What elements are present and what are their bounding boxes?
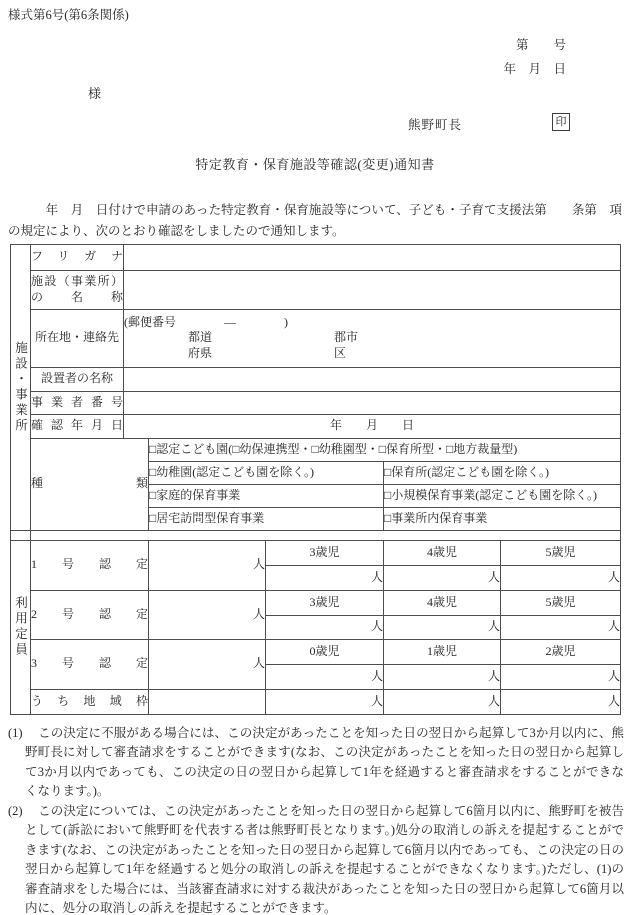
address-value-cell: (郵便番号 ― ) 都道郡市 府県区 (124, 309, 621, 367)
type-label: 種類 (31, 438, 149, 530)
note-1-number: (1) (8, 724, 38, 744)
facility-section-cell: 施設・事業所 (11, 244, 31, 530)
regional-quota-empty-cell (149, 689, 266, 714)
note-2: (2)この決定については、この決定があったことを知った日の翌日から起算して6箇月… (8, 802, 624, 915)
capacity-row3-unit3: 人 (501, 664, 621, 689)
capacity-row3-unit1: 人 (266, 664, 384, 689)
issuer-line: 熊野町長 印 (0, 113, 630, 133)
seal-mark: 印 (552, 113, 570, 131)
type-option-kodomoen: □認定こども園(□幼保連携型・□幼稚園型・□保育所型・□地方裁量型) (149, 438, 621, 461)
note-1: (1)この決定に不服がある場合には、この決定があったことを知った日の翌日から起算… (8, 724, 624, 802)
confirmation-date-value: 年 月 日 (124, 414, 621, 438)
issuer-name: 熊野町長 (408, 115, 462, 133)
address-line-1: 都道郡市 (124, 330, 620, 346)
capacity-row1-unit3: 人 (501, 565, 621, 590)
capacity-section-label: 利用定員 (12, 596, 30, 658)
issue-date-line: 年 月 日 (0, 62, 630, 77)
capacity-row2-unit1: 人 (266, 615, 384, 639)
capacity-row1-age3: 5歳児 (501, 540, 621, 565)
type-option-youchien: □幼稚園(認定こども園を除く。) (149, 461, 384, 484)
facility-section-label: 施設・事業所 (12, 341, 30, 434)
type-option-kateiteki: □家庭的保育事業 (149, 484, 384, 507)
capacity-row1-age2: 4歳児 (384, 540, 501, 565)
capacity-row2-unit3: 人 (501, 615, 621, 639)
business-number-label: 事業者番号 (31, 391, 124, 414)
regional-quota-unit3: 人 (501, 689, 621, 714)
addr-fuken: 府県 (188, 346, 212, 360)
capacity-row2-unit2: 人 (384, 615, 501, 639)
founder-name-value-cell (124, 367, 621, 391)
capacity-row2-age3: 5歳児 (501, 590, 621, 615)
section-spacer-left (11, 530, 31, 540)
capacity-row1-unit2: 人 (384, 565, 501, 590)
capacity-row2-total-unit: 人 (149, 590, 266, 639)
capacity-row2-age2: 4歳児 (384, 590, 501, 615)
note-1-text: この決定に不服がある場合には、この決定があったことを知った日の翌日から起算して3… (25, 726, 624, 799)
type-option-shokibo: □小規模保育事業(認定こども園を除く。) (384, 484, 621, 507)
document-title: 特定教育・保育施設等確認(変更)通知書 (0, 154, 630, 173)
capacity-row1-label: 1号認定 (31, 540, 149, 590)
document-page: 様式第6号(第6条関係) 第 号 年 月 日 様 熊野町長 印 特定教育・保育施… (0, 0, 630, 915)
recipient-honorific: 様 (88, 86, 101, 101)
business-number-value-cell (124, 391, 621, 414)
regional-quota-unit1: 人 (266, 689, 384, 714)
type-option-kyotaku: □居宅訪問型保育事業 (149, 507, 384, 530)
capacity-row1-unit1: 人 (266, 565, 384, 590)
capacity-row2-label: 2号認定 (31, 590, 149, 639)
section-spacer-right (31, 530, 621, 540)
addr-gunshi: 郡市 (334, 330, 358, 344)
capacity-row3-age2: 1歳児 (384, 639, 501, 664)
capacity-row3-total-unit: 人 (149, 639, 266, 689)
capacity-row3-label: 3号認定 (31, 639, 149, 689)
addr-ku: 区 (334, 346, 346, 360)
regional-quota-unit2: 人 (384, 689, 501, 714)
capacity-row3-age3: 2歳児 (501, 639, 621, 664)
founder-name-label: 設置者の名称 (31, 367, 124, 391)
furigana-value-cell (124, 244, 621, 270)
facility-name-label-line2: の名称 (31, 290, 123, 306)
form-number: 様式第6号(第6条関係) (0, 0, 630, 23)
note-2-text: この決定については、この決定があったことを知った日の翌日から起算して6箇月以内に… (25, 804, 624, 915)
regional-quota-label: うち地域枠 (31, 689, 149, 714)
body-paragraph: 年 月 日付けで申請のあった特定教育・保育施設等について、子ども・子育て支援法第… (8, 200, 622, 242)
type-option-jigyoshonai: □事業所内保育事業 (384, 507, 621, 530)
facility-name-value-cell (124, 270, 621, 309)
document-number-line: 第 号 (0, 38, 630, 53)
address-label: 所在地・連絡先 (31, 309, 124, 367)
note-2-number: (2) (8, 802, 38, 822)
form-table: 施設・事業所 フリガナ 施設（事業所） の名称 所在地・連絡先 (郵便番号 ― … (10, 244, 621, 715)
capacity-row3-age1: 0歳児 (266, 639, 384, 664)
furigana-label: フリガナ (31, 244, 124, 270)
type-option-hoikusho: □保育所(認定こども園を除く。) (384, 461, 621, 484)
capacity-row1-age1: 3歳児 (266, 540, 384, 565)
confirmation-date-label: 確認年月日 (31, 414, 124, 438)
recipient-line: 様 (0, 86, 630, 102)
facility-name-label: 施設（事業所） の名称 (31, 270, 124, 309)
address-line-2: 府県区 (124, 346, 620, 362)
capacity-row3-unit2: 人 (384, 664, 501, 689)
capacity-row2-age1: 3歳児 (266, 590, 384, 615)
capacity-row1-total-unit: 人 (149, 540, 266, 590)
addr-todo: 都道 (188, 330, 212, 344)
postal-code-line: (郵便番号 ― ) (124, 315, 620, 331)
appeal-notes: (1)この決定に不服がある場合には、この決定があったことを知った日の翌日から起算… (8, 724, 624, 915)
facility-name-label-line1: 施設（事業所） (31, 274, 123, 290)
capacity-section-cell: 利用定員 (11, 540, 31, 714)
